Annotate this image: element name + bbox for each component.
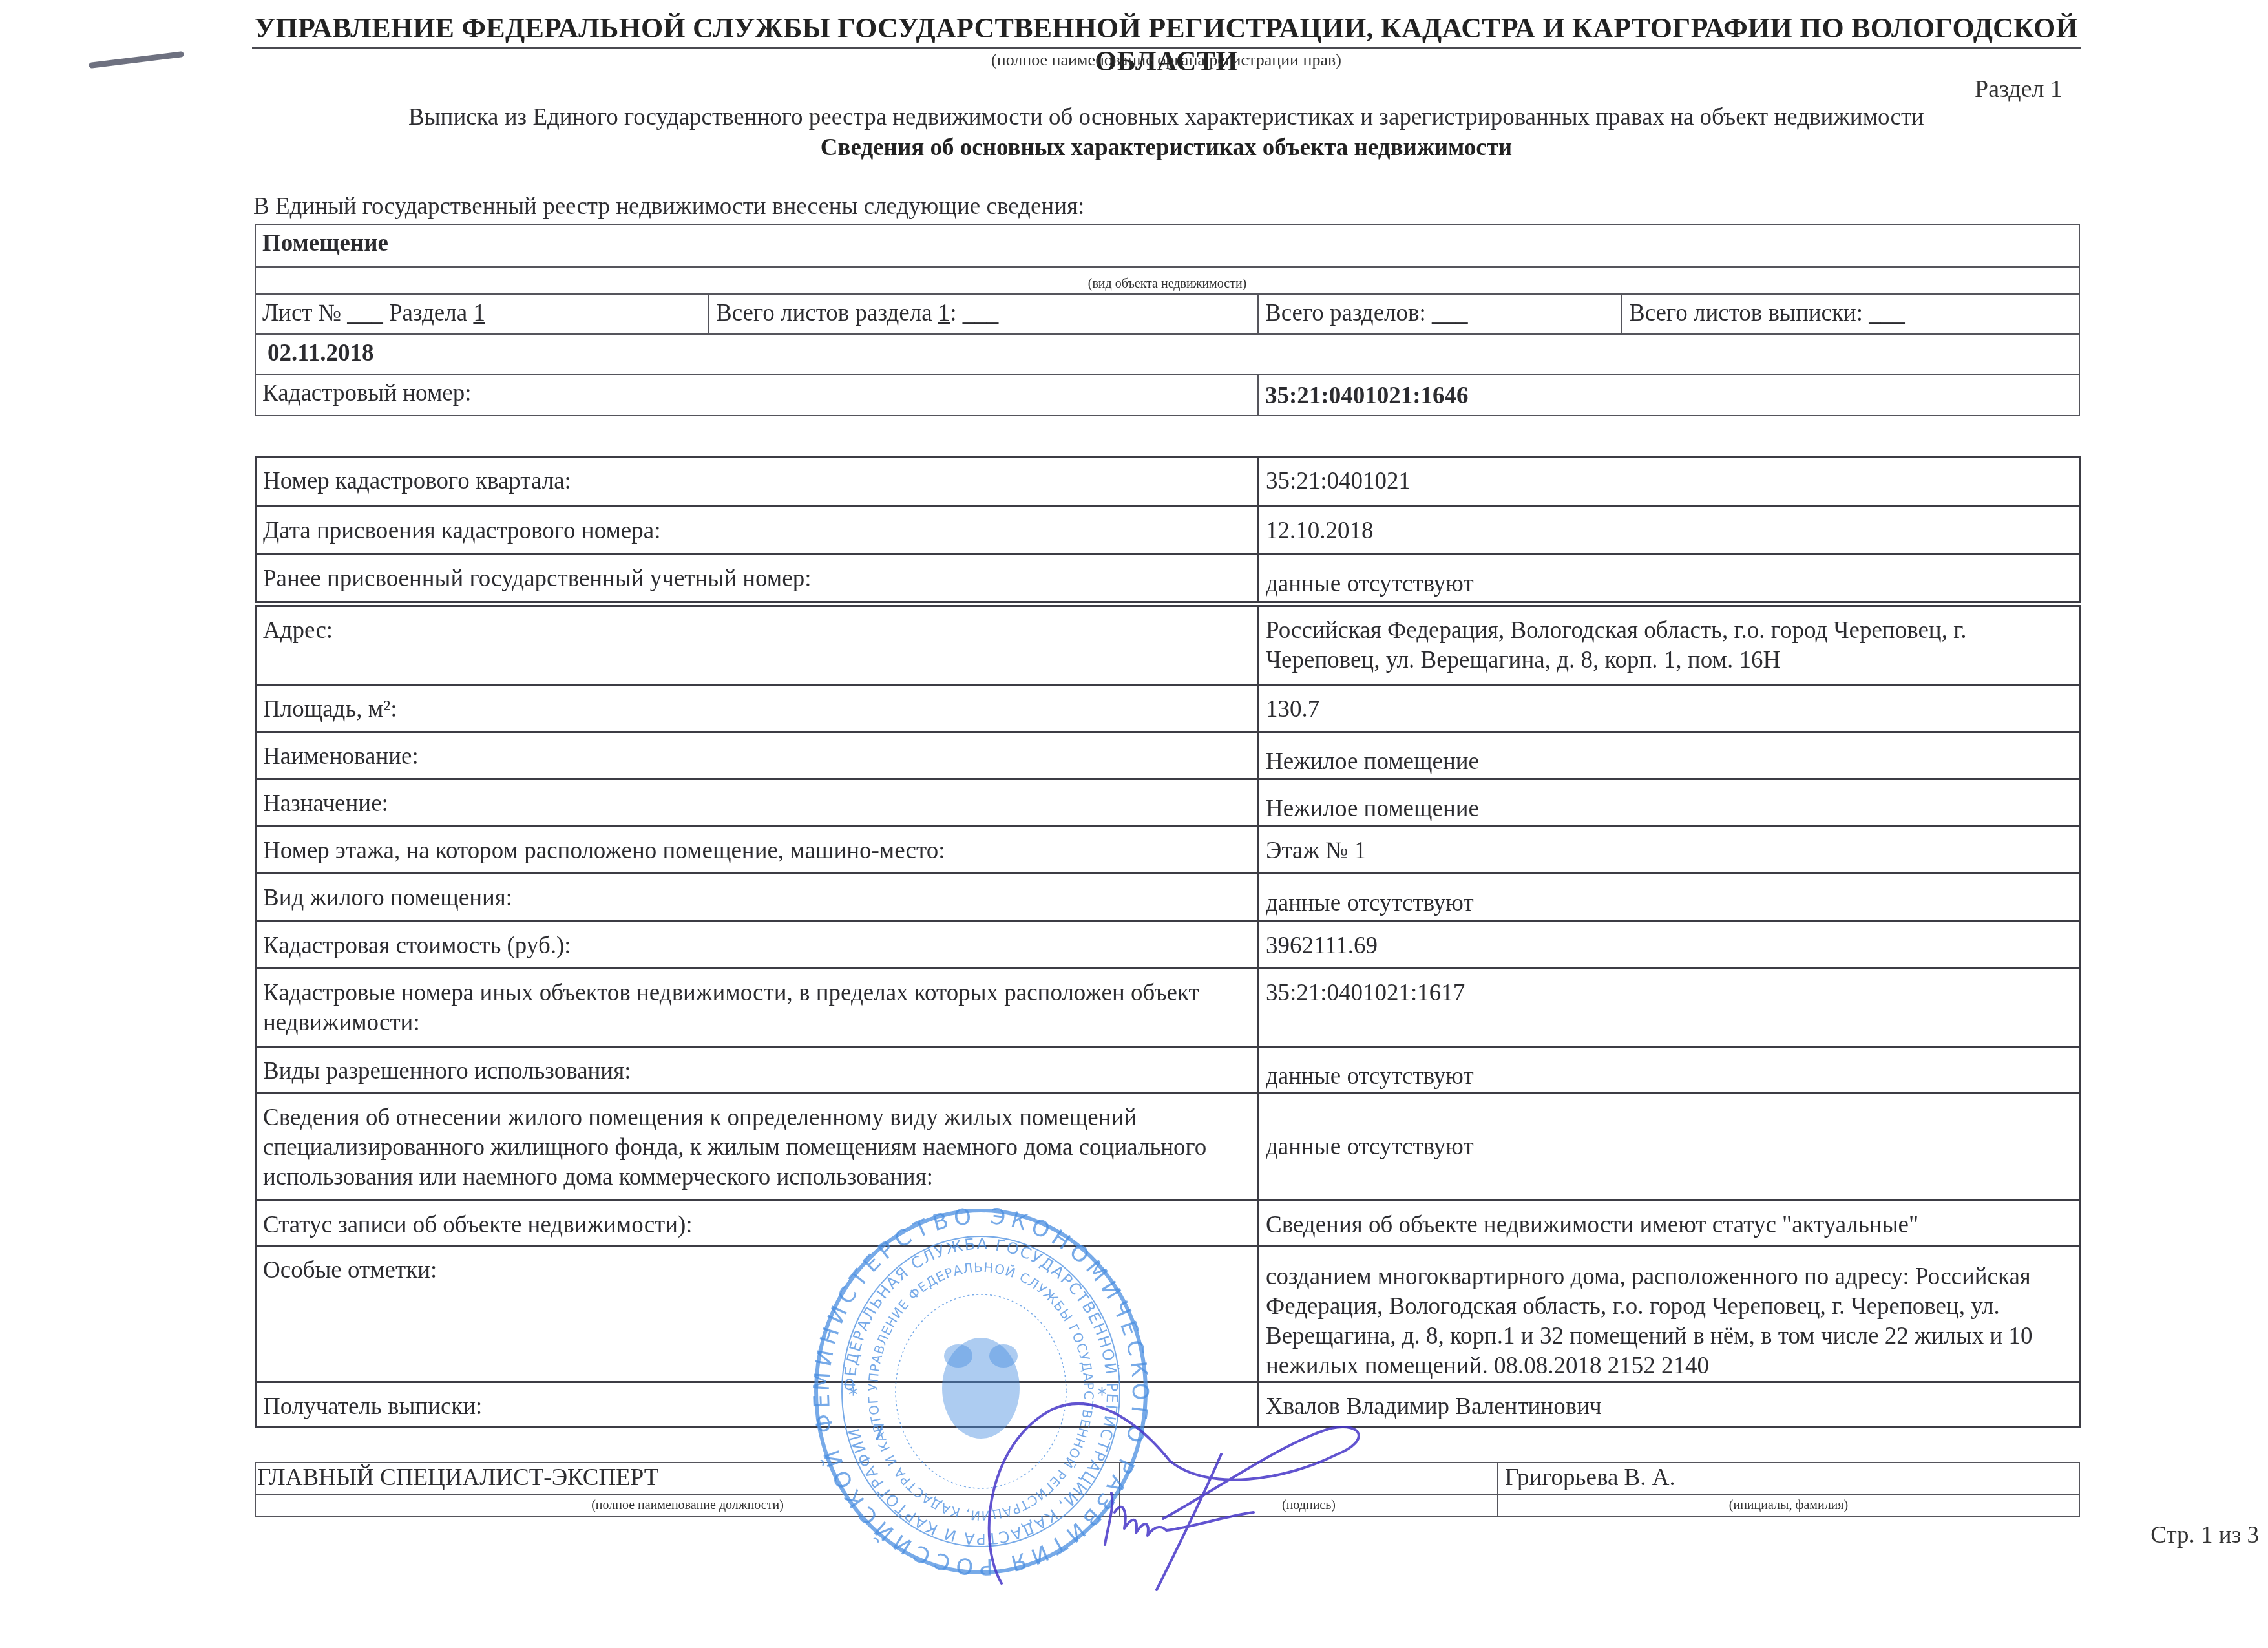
organization-caption: (полное наименование органа регистрации … bbox=[252, 50, 2081, 70]
sheet-label: Лист № bbox=[262, 300, 341, 326]
table-row: Адрес: Российская Федерация, Вологодская… bbox=[256, 606, 2080, 685]
object-type: Помещение bbox=[255, 224, 2079, 267]
total-sheets-section-suffix: : ___ bbox=[950, 300, 998, 326]
row-label: Площадь, м²: bbox=[256, 685, 1259, 732]
table-row: Площадь, м²: 130.7 bbox=[256, 685, 2080, 732]
row-value: Нежилое помещение bbox=[1259, 732, 2080, 779]
total-sheets-section-cell: Всего листов раздела 1: ___ bbox=[709, 294, 1258, 334]
table-row: Дата присвоения кадастрового номера: 12.… bbox=[256, 507, 2080, 555]
object-type-caption: (вид объекта недвижимости) bbox=[255, 267, 2079, 294]
row-label: Дата присвоения кадастрового номера: bbox=[256, 507, 1259, 555]
row-value: 35:21:0401021:1617 bbox=[1259, 969, 2080, 1047]
sheet-info-row: Лист № ___ Раздела 1 Всего листов раздел… bbox=[255, 294, 2079, 334]
handwritten-signature-icon bbox=[950, 1383, 1402, 1596]
row-label: Виды разрешенного использования: bbox=[256, 1047, 1259, 1093]
total-sections-cell: Всего разделов: ___ bbox=[1258, 294, 1622, 334]
total-sheets-extract-value: ___ bbox=[1869, 300, 1905, 326]
sheet-value: ___ bbox=[347, 300, 383, 326]
row-value: 35:21:0401021 bbox=[1259, 457, 2080, 507]
total-sections-label: Всего разделов: bbox=[1265, 300, 1426, 326]
page-number: Стр. 1 из 3 bbox=[2150, 1521, 2259, 1549]
row-value: Российская Федерация, Вологодская област… bbox=[1259, 606, 2080, 685]
cadastral-number-label: Кадастровый номер: bbox=[255, 374, 1258, 416]
sheet-number-cell: Лист № ___ Раздела 1 bbox=[255, 294, 709, 334]
total-sheets-extract-cell: Всего листов выписки: ___ bbox=[1622, 294, 2079, 334]
row-label: Наименование: bbox=[256, 732, 1259, 779]
row-label: Адрес: bbox=[256, 606, 1259, 685]
section-of-label: Раздела bbox=[389, 300, 467, 326]
row-value: 3962111.69 bbox=[1259, 922, 2080, 969]
table-row: Виды разрешенного использования: данные … bbox=[256, 1047, 2080, 1093]
table-row: Статус записи об объекте недвижимости): … bbox=[256, 1201, 2080, 1246]
row-value: Сведения об объекте недвижимости имеют с… bbox=[1259, 1201, 2080, 1246]
row-label: Номер этажа, на котором расположено поме… bbox=[256, 827, 1259, 874]
row-value: 130.7 bbox=[1259, 685, 2080, 732]
row-label: Кадастровая стоимость (руб.): bbox=[256, 922, 1259, 969]
row-value: данные отсутствуют bbox=[1259, 1047, 2080, 1093]
row-value: данные отсутствуют bbox=[1259, 874, 2080, 922]
object-type-row: Помещение bbox=[255, 224, 2079, 267]
svg-text:*: * bbox=[848, 1384, 858, 1406]
row-label: Кадастровые номера иных объектов недвижи… bbox=[256, 969, 1259, 1047]
extract-title: Выписка из Единого государственного реес… bbox=[252, 103, 2081, 131]
signer-name: Григорьева В. А. bbox=[1498, 1463, 2079, 1495]
row-label: Вид жилого помещения: bbox=[256, 874, 1259, 922]
row-label: Ранее присвоенный государственный учетны… bbox=[256, 555, 1259, 602]
table-row: Кадастровая стоимость (руб.): 3962111.69 bbox=[256, 922, 2080, 969]
row-value: Нежилое помещение bbox=[1259, 779, 2080, 827]
name-caption: (инициалы, фамилия) bbox=[1498, 1495, 2079, 1517]
table-row: Номер этажа, на котором расположено поме… bbox=[256, 827, 2080, 874]
characteristics-table-1: Номер кадастрового квартала: 35:21:04010… bbox=[255, 456, 2081, 603]
section-label: Раздел 1 bbox=[1975, 75, 2063, 103]
table-row: Кадастровые номера иных объектов недвижи… bbox=[256, 969, 2080, 1047]
row-label: Номер кадастрового квартала: bbox=[256, 457, 1259, 507]
table-row: Вид жилого помещения: данные отсутствуют bbox=[256, 874, 2080, 922]
row-value: данные отсутствуют bbox=[1259, 1093, 2080, 1201]
row-value: Этаж № 1 bbox=[1259, 827, 2080, 874]
table-row: Наименование: Нежилое помещение bbox=[256, 732, 2080, 779]
cadastral-number: 35:21:0401021:1646 bbox=[1258, 374, 2079, 416]
characteristics-table-2: Адрес: Российская Федерация, Вологодская… bbox=[255, 605, 2081, 1428]
table-row: Особые отметки: созданием многоквартирно… bbox=[256, 1246, 2080, 1382]
row-label: Сведения об отнесении жилого помещения к… bbox=[256, 1093, 1259, 1201]
row-value: данные отсутствуют bbox=[1259, 555, 2080, 602]
organization-underline bbox=[252, 47, 2081, 49]
extract-date: 02.11.2018 bbox=[255, 334, 2079, 374]
table-row: Номер кадастрового квартала: 35:21:04010… bbox=[256, 457, 2080, 507]
stray-pen-mark bbox=[89, 51, 184, 69]
total-sheets-section-value: 1 bbox=[938, 300, 950, 326]
row-value: 12.10.2018 bbox=[1259, 507, 2080, 555]
total-sheets-section-label: Всего листов раздела bbox=[716, 300, 932, 326]
row-label: Назначение: bbox=[256, 779, 1259, 827]
total-sections-value: ___ bbox=[1432, 300, 1468, 326]
section-of-value: 1 bbox=[473, 300, 485, 326]
intro-text: В Единый государственный реестр недвижим… bbox=[253, 193, 1084, 220]
cadastral-number-row: Кадастровый номер: 35:21:0401021:1646 bbox=[255, 374, 2079, 416]
object-type-caption-row: (вид объекта недвижимости) bbox=[255, 267, 2079, 294]
table-row: Ранее присвоенный государственный учетны… bbox=[256, 555, 2080, 602]
svg-text:7: 7 bbox=[872, 1420, 886, 1446]
row-value: созданием многоквартирного дома, располо… bbox=[1259, 1246, 2080, 1382]
total-sheets-extract-label: Всего листов выписки: bbox=[1629, 300, 1863, 326]
extract-subtitle: Сведения об основных характеристиках объ… bbox=[252, 134, 2081, 162]
object-header-table: Помещение (вид объекта недвижимости) Лис… bbox=[255, 224, 2080, 416]
table-row: Назначение: Нежилое помещение bbox=[256, 779, 2080, 827]
table-row: Сведения об отнесении жилого помещения к… bbox=[256, 1093, 2080, 1201]
date-row: 02.11.2018 bbox=[255, 334, 2079, 374]
